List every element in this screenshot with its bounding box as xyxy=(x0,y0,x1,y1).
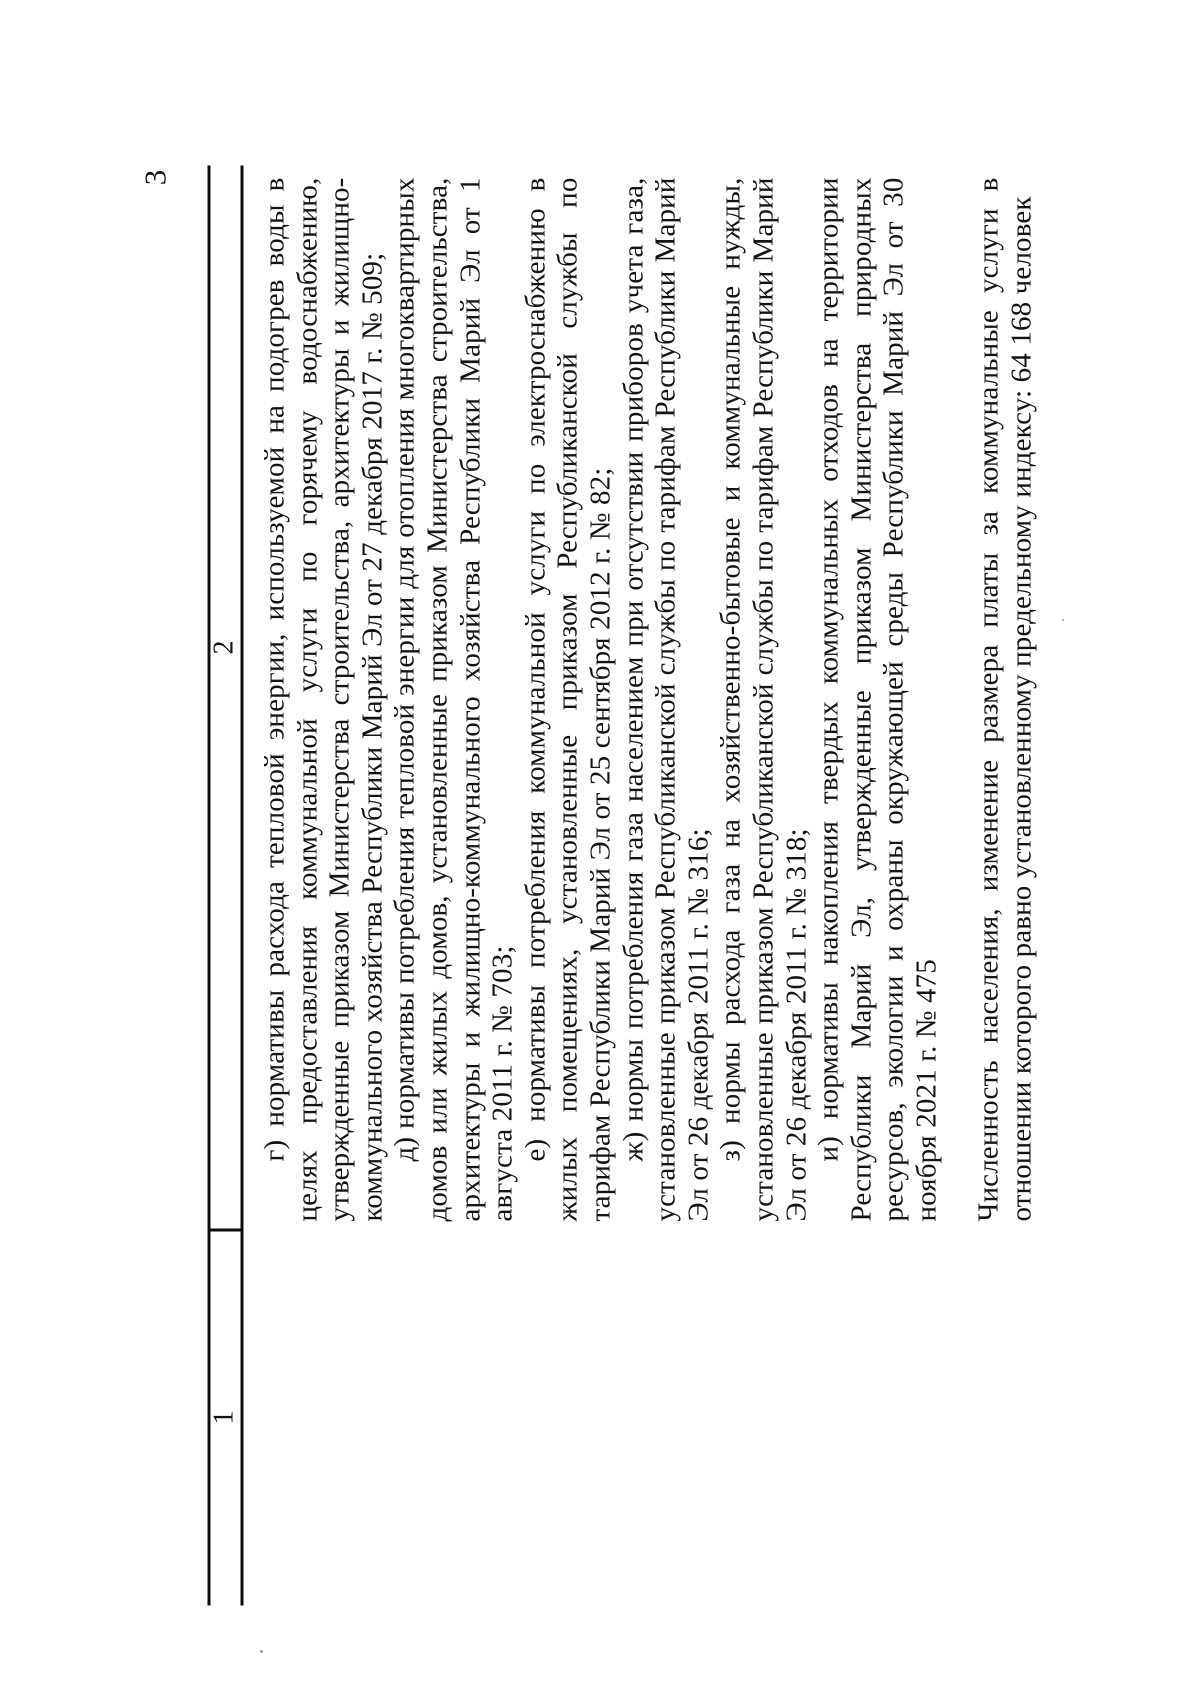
scan-speck xyxy=(260,1650,263,1653)
legal-paragraph-d: д) нормативы потребления тепловой энерги… xyxy=(388,177,518,1221)
scan-speck xyxy=(564,1210,566,1212)
scan-speck xyxy=(1062,619,1064,621)
legal-paragraph-g: г) нормативы расхода тепловой энергии, и… xyxy=(258,177,388,1221)
table-header-cell-2: 2 xyxy=(209,625,239,669)
table-header-bottom-border xyxy=(240,165,243,1605)
table-row2-cell2-text: Численность населения, изменение размера… xyxy=(972,177,1037,1221)
legal-paragraph-e: е) нормативы потребления коммунальной ус… xyxy=(519,177,617,1221)
legal-paragraph-z: з) нормы расхода газа на хозяйственно-бы… xyxy=(714,177,812,1221)
table-top-border xyxy=(207,165,210,1605)
legal-paragraph-i: и) нормативы накопления твердых коммунал… xyxy=(812,177,942,1221)
scanned-page: 3 1 2 г) нормативы расхода тепловой энер… xyxy=(0,0,1200,1697)
table-header-column-divider xyxy=(207,1228,243,1231)
table-header-cell-1: 1 xyxy=(209,1395,239,1439)
legal-paragraph-zh: ж) нормы потребления газа населением при… xyxy=(617,177,715,1221)
table-row1-cell2-text: г) нормативы расхода тепловой энергии, и… xyxy=(258,177,942,1221)
page-number: 3 xyxy=(138,151,172,203)
population-count-paragraph: Численность населения, изменение размера… xyxy=(972,177,1037,1221)
